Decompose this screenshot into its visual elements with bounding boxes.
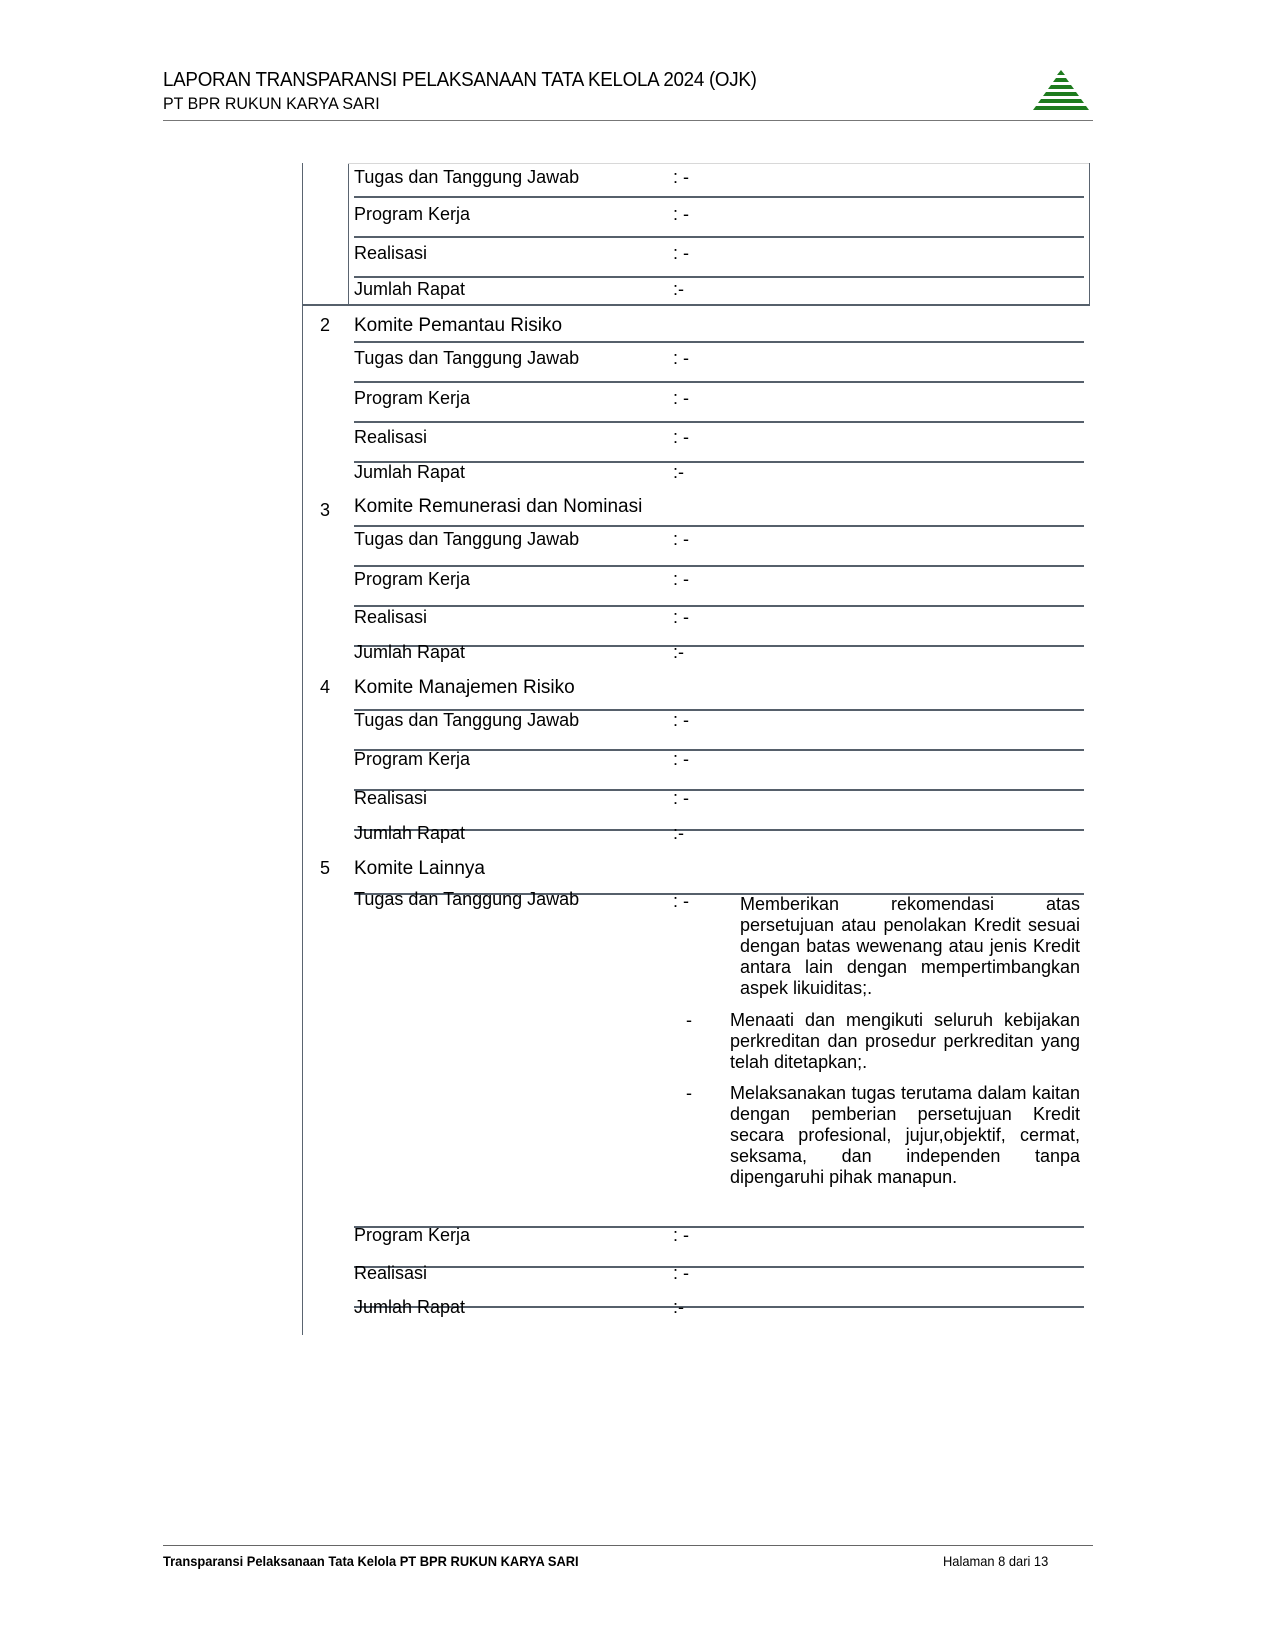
header-divider bbox=[163, 120, 1093, 121]
committee-number: 3 bbox=[320, 500, 330, 521]
field-value: : - bbox=[673, 529, 689, 550]
field-value: : - bbox=[673, 749, 689, 770]
field-value: : - bbox=[673, 788, 689, 809]
field-label-jumlah: Jumlah Rapat bbox=[354, 642, 465, 663]
company-logo-icon bbox=[1030, 70, 1092, 114]
field-label-program: Program Kerja bbox=[354, 388, 470, 409]
field-value: :- bbox=[673, 642, 684, 663]
committee-name: Komite Remunerasi dan Nominasi bbox=[354, 496, 642, 518]
field-value: : - bbox=[673, 243, 689, 264]
company-name: PT BPR RUKUN KARYA SARI bbox=[163, 94, 380, 114]
row-divider bbox=[348, 163, 1089, 164]
duty-item: Memberikan rekomendasi atas persetujuan … bbox=[740, 894, 1080, 999]
footer-title: Transparansi Pelaksanaan Tata Kelola PT … bbox=[163, 1553, 579, 1569]
field-value: : - bbox=[673, 891, 689, 912]
field-label-jumlah: Jumlah Rapat bbox=[354, 279, 465, 300]
row-divider bbox=[354, 789, 1084, 791]
table-right-border bbox=[1089, 163, 1090, 304]
field-value: :- bbox=[673, 823, 684, 844]
field-value: : - bbox=[673, 1263, 689, 1284]
bullet-dash: - bbox=[686, 1083, 692, 1104]
field-value: :- bbox=[673, 1297, 684, 1318]
bullet-dash: - bbox=[686, 1010, 692, 1031]
field-label-tugas: Tugas dan Tanggung Jawab bbox=[354, 889, 579, 910]
field-value: :- bbox=[673, 462, 684, 483]
row-divider bbox=[354, 341, 1084, 343]
field-value: : - bbox=[673, 167, 689, 188]
row-divider bbox=[354, 381, 1084, 383]
field-label-tugas: Tugas dan Tanggung Jawab bbox=[354, 710, 579, 731]
committee-number: 2 bbox=[320, 315, 330, 336]
field-value: : - bbox=[673, 388, 689, 409]
row-divider bbox=[354, 605, 1084, 607]
row-divider bbox=[354, 236, 1084, 238]
field-value: :- bbox=[673, 279, 684, 300]
field-label-jumlah: Jumlah Rapat bbox=[354, 823, 465, 844]
field-value: : - bbox=[673, 569, 689, 590]
committee-name: Komite Pemantau Risiko bbox=[354, 315, 562, 337]
page-number: Halaman 8 dari 13 bbox=[943, 1553, 1048, 1569]
duty-item: Melaksanakan tugas terutama dalam kaitan… bbox=[730, 1083, 1080, 1188]
field-label-program: Program Kerja bbox=[354, 749, 470, 770]
footer-divider bbox=[163, 1545, 1093, 1546]
committee-number: 5 bbox=[320, 858, 330, 879]
field-label-program: Program Kerja bbox=[354, 204, 470, 225]
row-divider bbox=[354, 525, 1084, 527]
table-left-border bbox=[302, 163, 303, 1335]
table-inner-border bbox=[348, 163, 349, 304]
field-label-realisasi: Realisasi bbox=[354, 607, 427, 628]
field-label-program: Program Kerja bbox=[354, 1225, 470, 1246]
row-divider bbox=[354, 196, 1084, 198]
document-title: LAPORAN TRANSPARANSI PELAKSANAAN TATA KE… bbox=[163, 69, 757, 92]
field-value: : - bbox=[673, 607, 689, 628]
field-value: : - bbox=[673, 348, 689, 369]
committee-name: Komite Manajemen Risiko bbox=[354, 677, 575, 699]
field-label-tugas: Tugas dan Tanggung Jawab bbox=[354, 167, 579, 188]
field-value: : - bbox=[673, 710, 689, 731]
field-label-realisasi: Realisasi bbox=[354, 243, 427, 264]
row-divider bbox=[354, 276, 1084, 278]
field-label-tugas: Tugas dan Tanggung Jawab bbox=[354, 529, 579, 550]
field-value: : - bbox=[673, 1225, 689, 1246]
row-divider bbox=[354, 565, 1084, 567]
field-value: : - bbox=[673, 427, 689, 448]
field-label-program: Program Kerja bbox=[354, 569, 470, 590]
field-label-jumlah: Jumlah Rapat bbox=[354, 1297, 465, 1318]
committee-number: 4 bbox=[320, 677, 330, 698]
field-value: : - bbox=[673, 204, 689, 225]
field-label-jumlah: Jumlah Rapat bbox=[354, 462, 465, 483]
field-label-realisasi: Realisasi bbox=[354, 788, 427, 809]
row-divider bbox=[354, 1266, 1084, 1268]
row-divider bbox=[354, 421, 1084, 423]
field-label-realisasi: Realisasi bbox=[354, 1263, 427, 1284]
field-label-realisasi: Realisasi bbox=[354, 427, 427, 448]
row-divider bbox=[302, 304, 1090, 306]
field-label-tugas: Tugas dan Tanggung Jawab bbox=[354, 348, 579, 369]
committee-name: Komite Lainnya bbox=[354, 858, 485, 880]
duty-item: Menaati dan mengikuti seluruh kebijakan … bbox=[730, 1010, 1080, 1073]
